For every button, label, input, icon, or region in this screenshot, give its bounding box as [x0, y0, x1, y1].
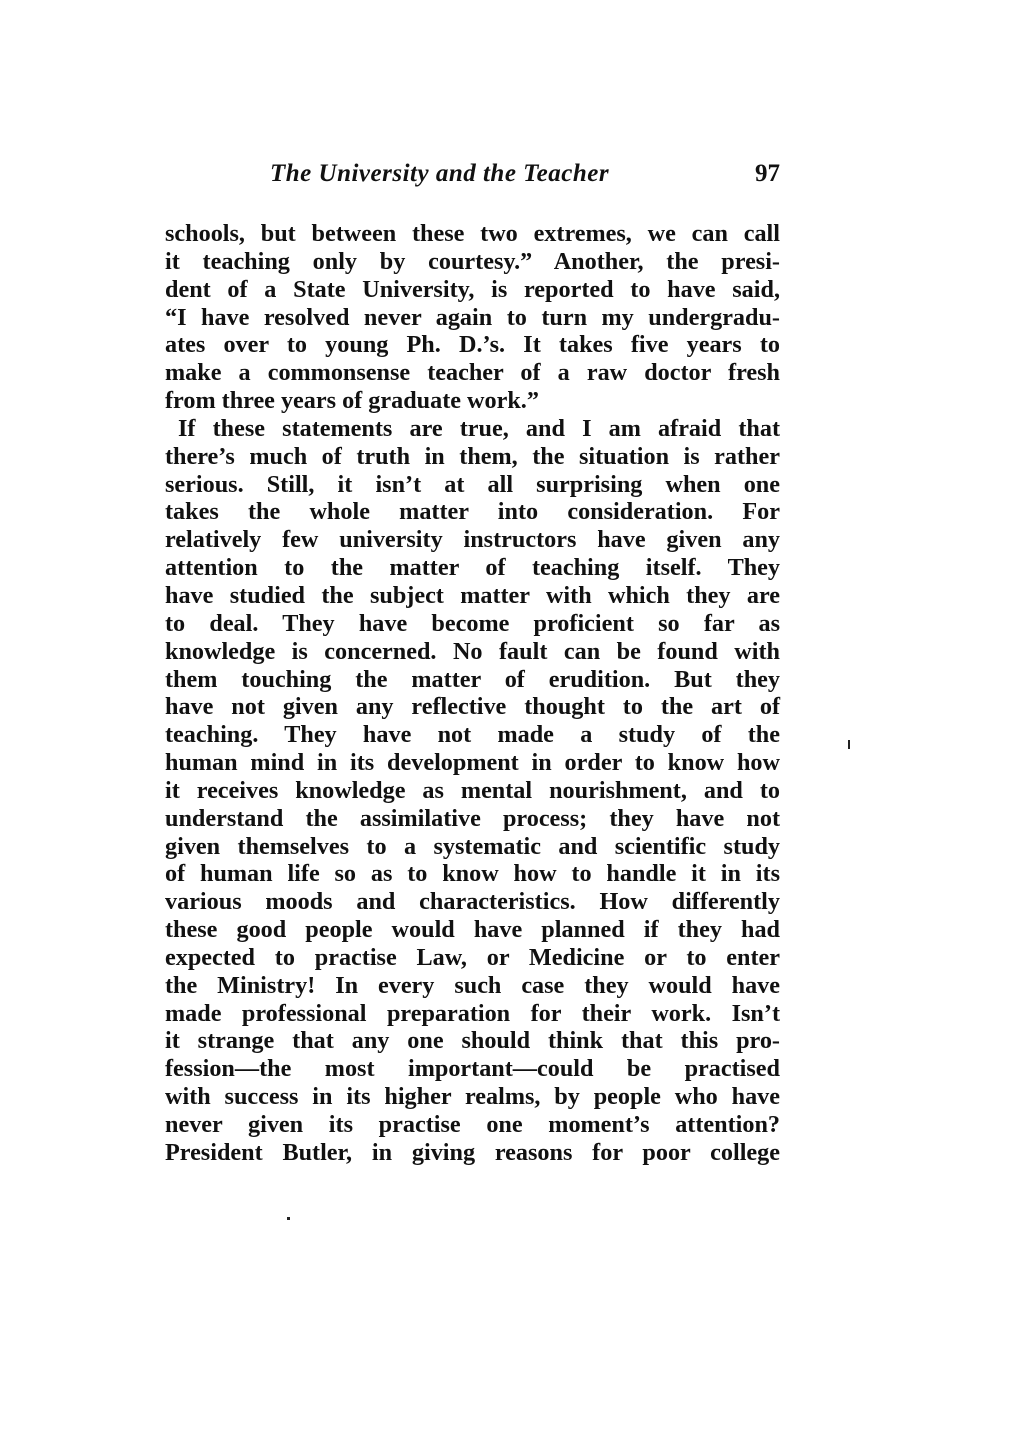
text-line: takes the whole matter into consideratio…	[165, 498, 780, 526]
text-line: never given its practise one moment’s at…	[165, 1111, 780, 1139]
paragraph-1: schools, but between these two extremes,…	[165, 220, 780, 415]
text-line: the Ministry! In every such case they wo…	[165, 972, 780, 1000]
text-line: knowledge is concerned. No fault can be …	[165, 638, 780, 666]
text-line: from three years of graduate work.”	[165, 387, 780, 415]
text-line: make a commonsense teacher of a raw doct…	[165, 359, 780, 387]
text-line: have not given any reflective thought to…	[165, 693, 780, 721]
text-line: relatively few university instructors ha…	[165, 526, 780, 554]
book-page: The University and the Teacher 97 school…	[0, 0, 1010, 1454]
text-line: various moods and characteristics. How d…	[165, 888, 780, 916]
text-line: have studied the subject matter with whi…	[165, 582, 780, 610]
text-line: human mind in its development in order t…	[165, 749, 780, 777]
text-line: these good people would have planned if …	[165, 916, 780, 944]
text-line: given themselves to a systematic and sci…	[165, 833, 780, 861]
text-line: them touching the matter of erudition. B…	[165, 666, 780, 694]
running-title: The University and the Teacher	[270, 160, 609, 188]
text-line: teaching. They have not made a study of …	[165, 721, 780, 749]
text-line: it strange that any one should think tha…	[165, 1027, 780, 1055]
text-line: to deal. They have become proficient so …	[165, 610, 780, 638]
text-line: “I have resolved never again to turn my …	[165, 304, 780, 332]
text-line: it receives knowledge as mental nourishm…	[165, 777, 780, 805]
text-line: dent of a State University, is reported …	[165, 276, 780, 304]
text-line: fession—the most important—could be prac…	[165, 1055, 780, 1083]
text-line: schools, but between these two extremes,…	[165, 220, 780, 248]
text-line: President Butler, in giving reasons for …	[165, 1139, 780, 1167]
text-line: ates over to young Ph. D.’s. It takes fi…	[165, 331, 780, 359]
text-line: there’s much of truth in them, the situa…	[165, 443, 780, 471]
text-line: made professional preparation for their …	[165, 1000, 780, 1028]
body-text: schools, but between these two extremes,…	[165, 220, 780, 1167]
page-number: 97	[755, 160, 780, 188]
text-line: attention to the matter of teaching itse…	[165, 554, 780, 582]
text-line: with success in its higher realms, by pe…	[165, 1083, 780, 1111]
text-line: expected to practise Law, or Medicine or…	[165, 944, 780, 972]
text-line: of human life so as to know how to handl…	[165, 860, 780, 888]
running-head: The University and the Teacher 97	[165, 160, 780, 190]
text-line: If these statements are true, and I am a…	[165, 415, 780, 443]
text-line: it teaching only by courtesy.” Another, …	[165, 248, 780, 276]
paragraph-2: If these statements are true, and I am a…	[165, 415, 780, 1167]
text-line: serious. Still, it isn’t at all surprisi…	[165, 471, 780, 499]
text-line: understand the assimilative process; the…	[165, 805, 780, 833]
scan-artifact-dot	[287, 1217, 290, 1220]
scan-artifact-mark	[848, 740, 850, 749]
